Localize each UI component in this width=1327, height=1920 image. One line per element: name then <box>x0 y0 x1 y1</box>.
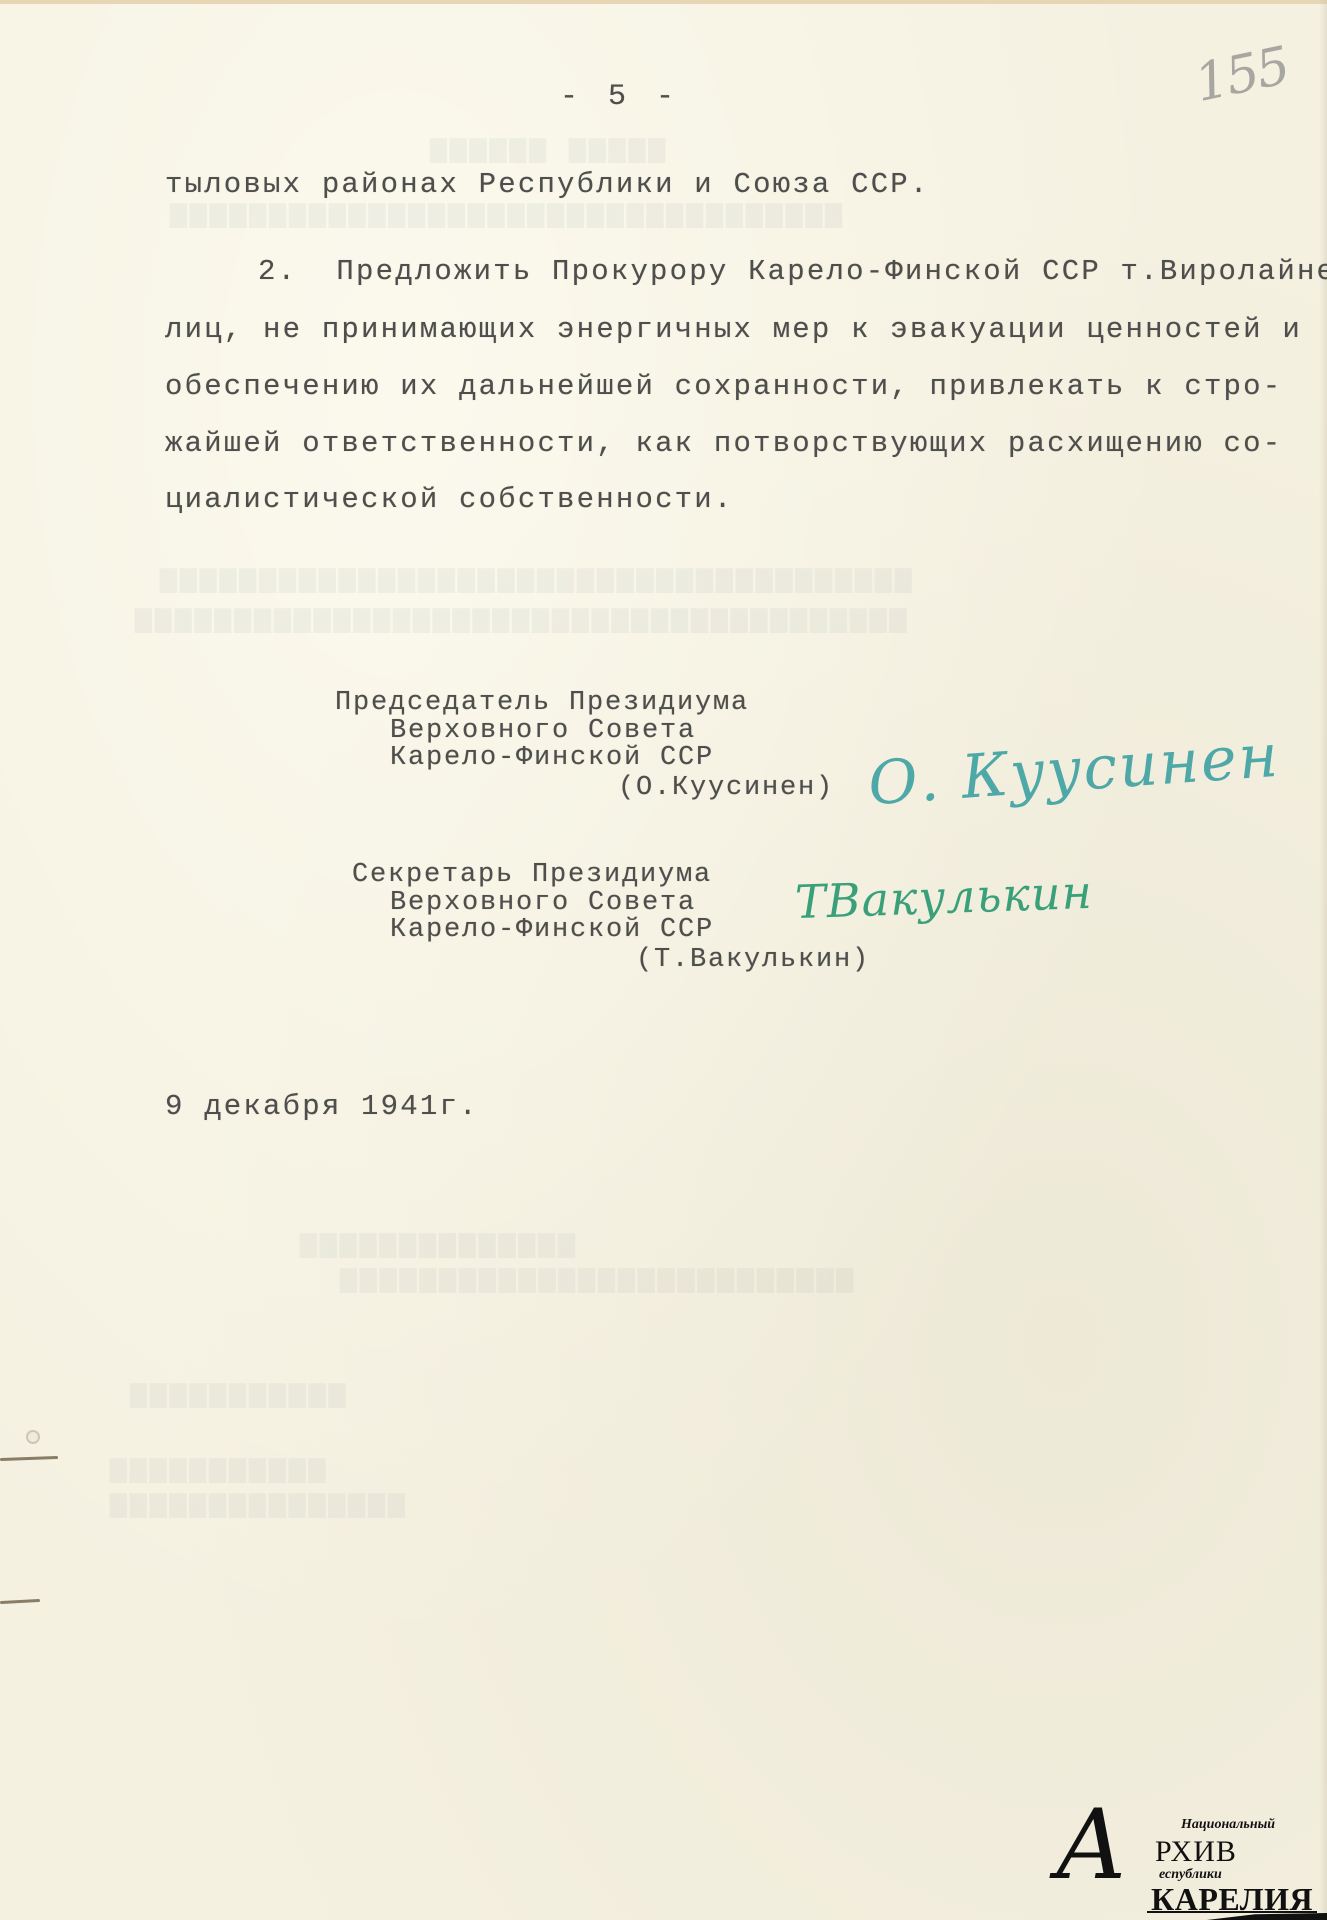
bleed-through-text: ▆▆▆▆▆▆▆▆▆▆▆▆▆▆▆▆▆▆▆▆▆▆▆▆▆▆▆▆▆▆▆▆▆▆▆▆▆▆ <box>160 560 915 593</box>
document-date: 9 декабря 1941г. <box>165 1090 479 1123</box>
binding-thread <box>0 1599 40 1604</box>
bleed-through-text: ▆▆▆▆▆▆▆▆▆▆▆▆▆▆ <box>300 1225 578 1258</box>
bleed-through-text: ▆▆▆▆▆▆▆▆▆▆▆ <box>130 1375 348 1408</box>
logo-monogram: А <box>1055 1797 1128 1893</box>
logo-line-national: Национальный <box>1181 1817 1275 1833</box>
binding-hole <box>26 1430 40 1444</box>
bleed-through-text: ▆▆▆▆▆▆▆▆▆▆▆▆▆▆▆▆▆▆▆▆▆▆▆▆▆▆▆▆▆▆▆▆▆▆▆▆▆▆▆ <box>135 600 909 633</box>
bleed-through-text: ▆▆▆▆▆▆▆▆▆▆▆▆▆▆▆▆▆▆▆▆▆▆▆▆▆▆ <box>340 1260 856 1293</box>
chairman-name: (О.Куусинен) <box>618 773 834 803</box>
archive-folio-mark: 155 <box>1190 36 1294 114</box>
paper-right-edge <box>1319 0 1327 1920</box>
logo-line-archive: РХИВ <box>1155 1835 1237 1869</box>
chairman-title-line-2: Верховного Совета <box>390 716 696 746</box>
paragraph-2-line-3: обеспечению их дальнейшей сохранности, п… <box>165 370 1282 403</box>
national-archive-karelia-logo: А Национальный РХИВ еспублики КАРЕЛИЯ <box>1055 1805 1327 1920</box>
paper-top-edge <box>0 0 1327 4</box>
logo-underline <box>1147 1911 1317 1913</box>
chairman-title-line-3: Карело-Финской ССР <box>390 743 714 773</box>
chairman-handwritten-signature: О. Куусинен <box>866 721 1282 820</box>
page-number: - 5 - <box>560 80 680 114</box>
chairman-title-line-1: Председатель Президиума <box>335 688 749 718</box>
paragraph-2-line-2: лиц, не принимающих энергичных мер к эва… <box>165 313 1302 346</box>
secretary-title-line-2: Верховного Совета <box>390 888 696 918</box>
secretary-handwritten-signature: ТВакулькин <box>794 865 1094 929</box>
binding-thread <box>0 1456 58 1461</box>
secretary-title-line-1: Секретарь Президиума <box>352 860 712 890</box>
paragraph-2-line-1: 2. Предложить Прокурору Карело-Финской С… <box>258 255 1327 288</box>
secretary-name: (Т.Вакулькин) <box>636 945 870 975</box>
bleed-through-text: ▆▆▆▆▆▆▆▆▆▆▆ <box>110 1450 328 1483</box>
secretary-title-line-3: Карело-Финской ССР <box>390 915 714 945</box>
paragraph-2-line-5: циалистической собственности. <box>165 483 733 516</box>
paragraph-2-line-4: жайшей ответственности, как потворствующ… <box>165 427 1282 460</box>
body-line-1: тыловых районах Республики и Союза ССР. <box>165 168 930 201</box>
bleed-through-text: ▆▆▆▆▆▆▆▆▆▆▆▆▆▆▆ <box>110 1485 408 1518</box>
bleed-through-text: ▆▆▆▆▆▆ ▆▆▆▆▆ <box>430 130 668 163</box>
